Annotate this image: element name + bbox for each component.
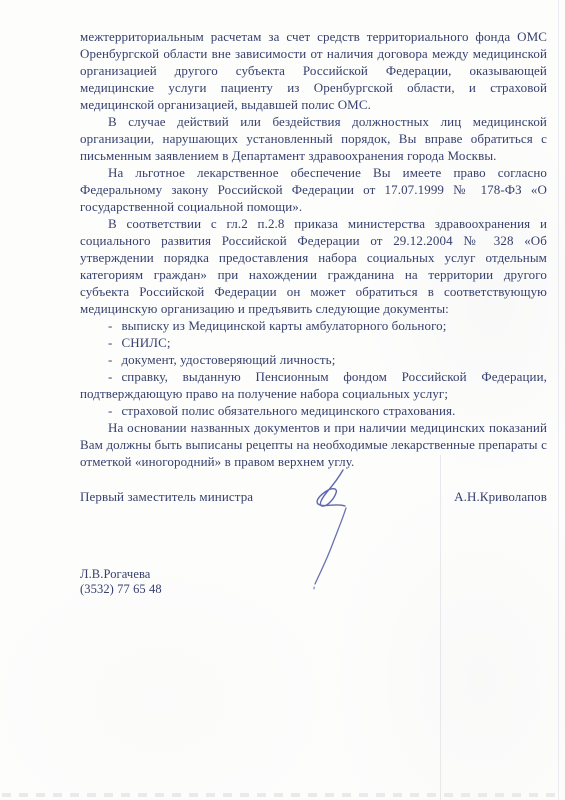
list-item-text: СНИЛС;: [121, 335, 170, 350]
list-dash: -: [108, 352, 112, 367]
list-item-text: выписку из Медицинской карты амбулаторно…: [121, 318, 446, 333]
signer-title: Первый заместитель министра: [80, 488, 253, 505]
signer-name: А.Н.Криволапов: [454, 488, 547, 505]
list-dash: -: [108, 318, 112, 333]
list-item: -СНИЛС;: [80, 334, 547, 351]
scanned-letter-page: межтерриториальным расчетам за счет сред…: [0, 0, 565, 800]
list-item: -справку, выданную Пенсионным фондом Рос…: [80, 368, 547, 402]
perforation-edge: [2, 793, 563, 797]
paragraph-continuation: межтерриториальным расчетам за счет сред…: [80, 28, 547, 113]
list-item-text: страховой полис обязательного медицинско…: [121, 403, 455, 418]
list-item-text: справку, выданную Пенсионным фондом Росс…: [80, 369, 547, 401]
handwritten-signature-icon: [296, 460, 360, 592]
list-dash: -: [108, 335, 112, 350]
list-dash: -: [108, 369, 112, 384]
list-item: -страховой полис обязательного медицинск…: [80, 402, 547, 419]
list-item: -выписку из Медицинской карты амбулаторн…: [80, 317, 547, 334]
scan-artifact-line: [440, 455, 441, 800]
paragraph-benefit-law: На льготное лекарственное обеспечение Вы…: [80, 164, 547, 215]
list-dash: -: [108, 403, 112, 418]
paragraph-complaint: В случае действий или бездействия должно…: [80, 113, 547, 164]
list-item-text: документ, удостоверяющий личность;: [121, 352, 335, 367]
paragraph-order-328: В соответствии с гл.2 п.2.8 приказа мини…: [80, 215, 547, 317]
list-item: -документ, удостоверяющий личность;: [80, 351, 547, 368]
scan-artifact-line: [558, 0, 559, 800]
